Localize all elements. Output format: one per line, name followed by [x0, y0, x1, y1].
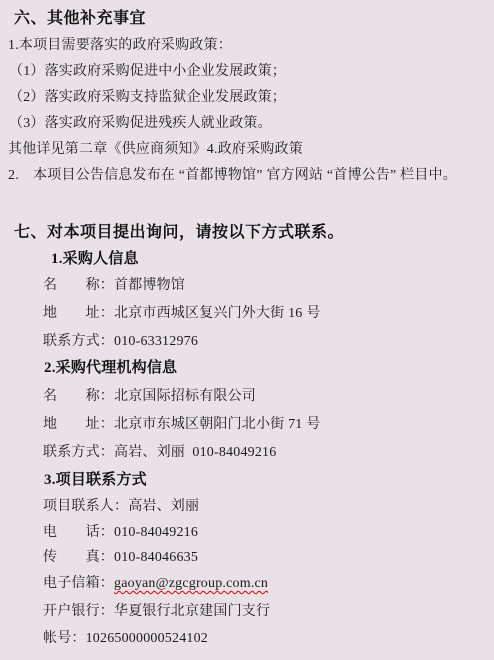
- agency-contact-label: 联系方式：: [43, 445, 114, 460]
- purchaser-contact-label: 联系方式：: [43, 334, 114, 349]
- project-contact-person-value: 高岩、刘丽: [128, 499, 199, 514]
- agency-address-value: 北京市东城区朝阳门北小街 71 号: [114, 417, 320, 432]
- project-email-value: gaoyan@zgcgroup.com.cn: [114, 576, 268, 591]
- project-fax-label: 传 真：: [43, 550, 114, 565]
- section6-policy-intro: 1.本项目需要落实的政府采购政策：: [8, 37, 232, 55]
- agency-contact-value: 高岩、刘丽 010-84049216: [114, 445, 276, 460]
- project-bank-value: 华夏银行北京建国门支行: [114, 604, 270, 619]
- agency-info-heading: 2.采购代理机构信息: [44, 359, 177, 377]
- section7-heading: 七、对本项目提出询问，请按以下方式联系。: [14, 223, 344, 242]
- purchaser-contact-value: 010-63312976: [114, 334, 198, 349]
- project-account-label: 帐号：: [43, 631, 86, 646]
- agency-address-row: 地 址：北京市东城区朝阳门北小街 71 号: [43, 416, 320, 434]
- section6-policy-item-2: （2）落实政府采购支持监狱企业发展政策；: [9, 89, 286, 107]
- section6-policy-item-1: （1）落实政府采购促进中小企业发展政策；: [9, 63, 286, 81]
- purchaser-address-row: 地 址：北京市西城区复兴门外大街 16 号: [43, 305, 320, 323]
- section6-policy-reference: 其他详见第二章《供应商须知》4.政府采购政策: [8, 141, 303, 159]
- project-account-row: 帐号：10265000000524102: [43, 630, 208, 648]
- purchaser-contact-row: 联系方式：010-63312976: [43, 333, 198, 351]
- section6-announcement-note: 2. 本项目公告信息发布在 “首都博物馆” 官方网站 “首博公告” 栏目中。: [8, 167, 457, 185]
- project-contact-person-label: 项目联系人：: [43, 499, 128, 514]
- agency-name-value: 北京国际招标有限公司: [114, 389, 256, 404]
- project-fax-value: 010-84046635: [114, 550, 198, 565]
- purchaser-info-heading: 1.采购人信息: [51, 250, 139, 268]
- project-contact-heading: 3.项目联系方式: [44, 471, 147, 489]
- document-page: 六、其他补充事宜 1.本项目需要落实的政府采购政策： （1）落实政府采购促进中小…: [0, 0, 494, 660]
- project-bank-label: 开户银行：: [43, 604, 114, 619]
- project-bank-row: 开户银行：华夏银行北京建国门支行: [43, 603, 270, 621]
- project-phone-value: 010-84049216: [114, 525, 198, 540]
- project-phone-label: 电 话：: [43, 525, 114, 540]
- purchaser-name-label: 名 称：: [43, 278, 114, 293]
- purchaser-address-label: 地 址：: [43, 306, 114, 321]
- agency-name-row: 名 称：北京国际招标有限公司: [43, 388, 256, 406]
- agency-address-label: 地 址：: [43, 417, 114, 432]
- project-contact-person-row: 项目联系人：高岩、刘丽: [43, 498, 199, 516]
- agency-contact-row: 联系方式：高岩、刘丽 010-84049216: [43, 444, 276, 462]
- project-fax-row: 传 真：010-84046635: [43, 549, 198, 567]
- project-account-value: 10265000000524102: [86, 631, 208, 646]
- project-email-row: 电子信箱：gaoyan@zgcgroup.com.cn: [43, 575, 268, 593]
- project-email-label: 电子信箱：: [43, 576, 114, 591]
- section6-policy-item-3: （3）落实政府采购促进残疾人就业政策。: [9, 115, 272, 133]
- purchaser-name-row: 名 称：首都博物馆: [43, 277, 185, 295]
- purchaser-name-value: 首都博物馆: [114, 278, 185, 293]
- project-phone-row: 电 话：010-84049216: [43, 524, 198, 542]
- purchaser-address-value: 北京市西城区复兴门外大街 16 号: [114, 306, 320, 321]
- agency-name-label: 名 称：: [43, 389, 114, 404]
- section6-heading: 六、其他补充事宜: [14, 9, 146, 28]
